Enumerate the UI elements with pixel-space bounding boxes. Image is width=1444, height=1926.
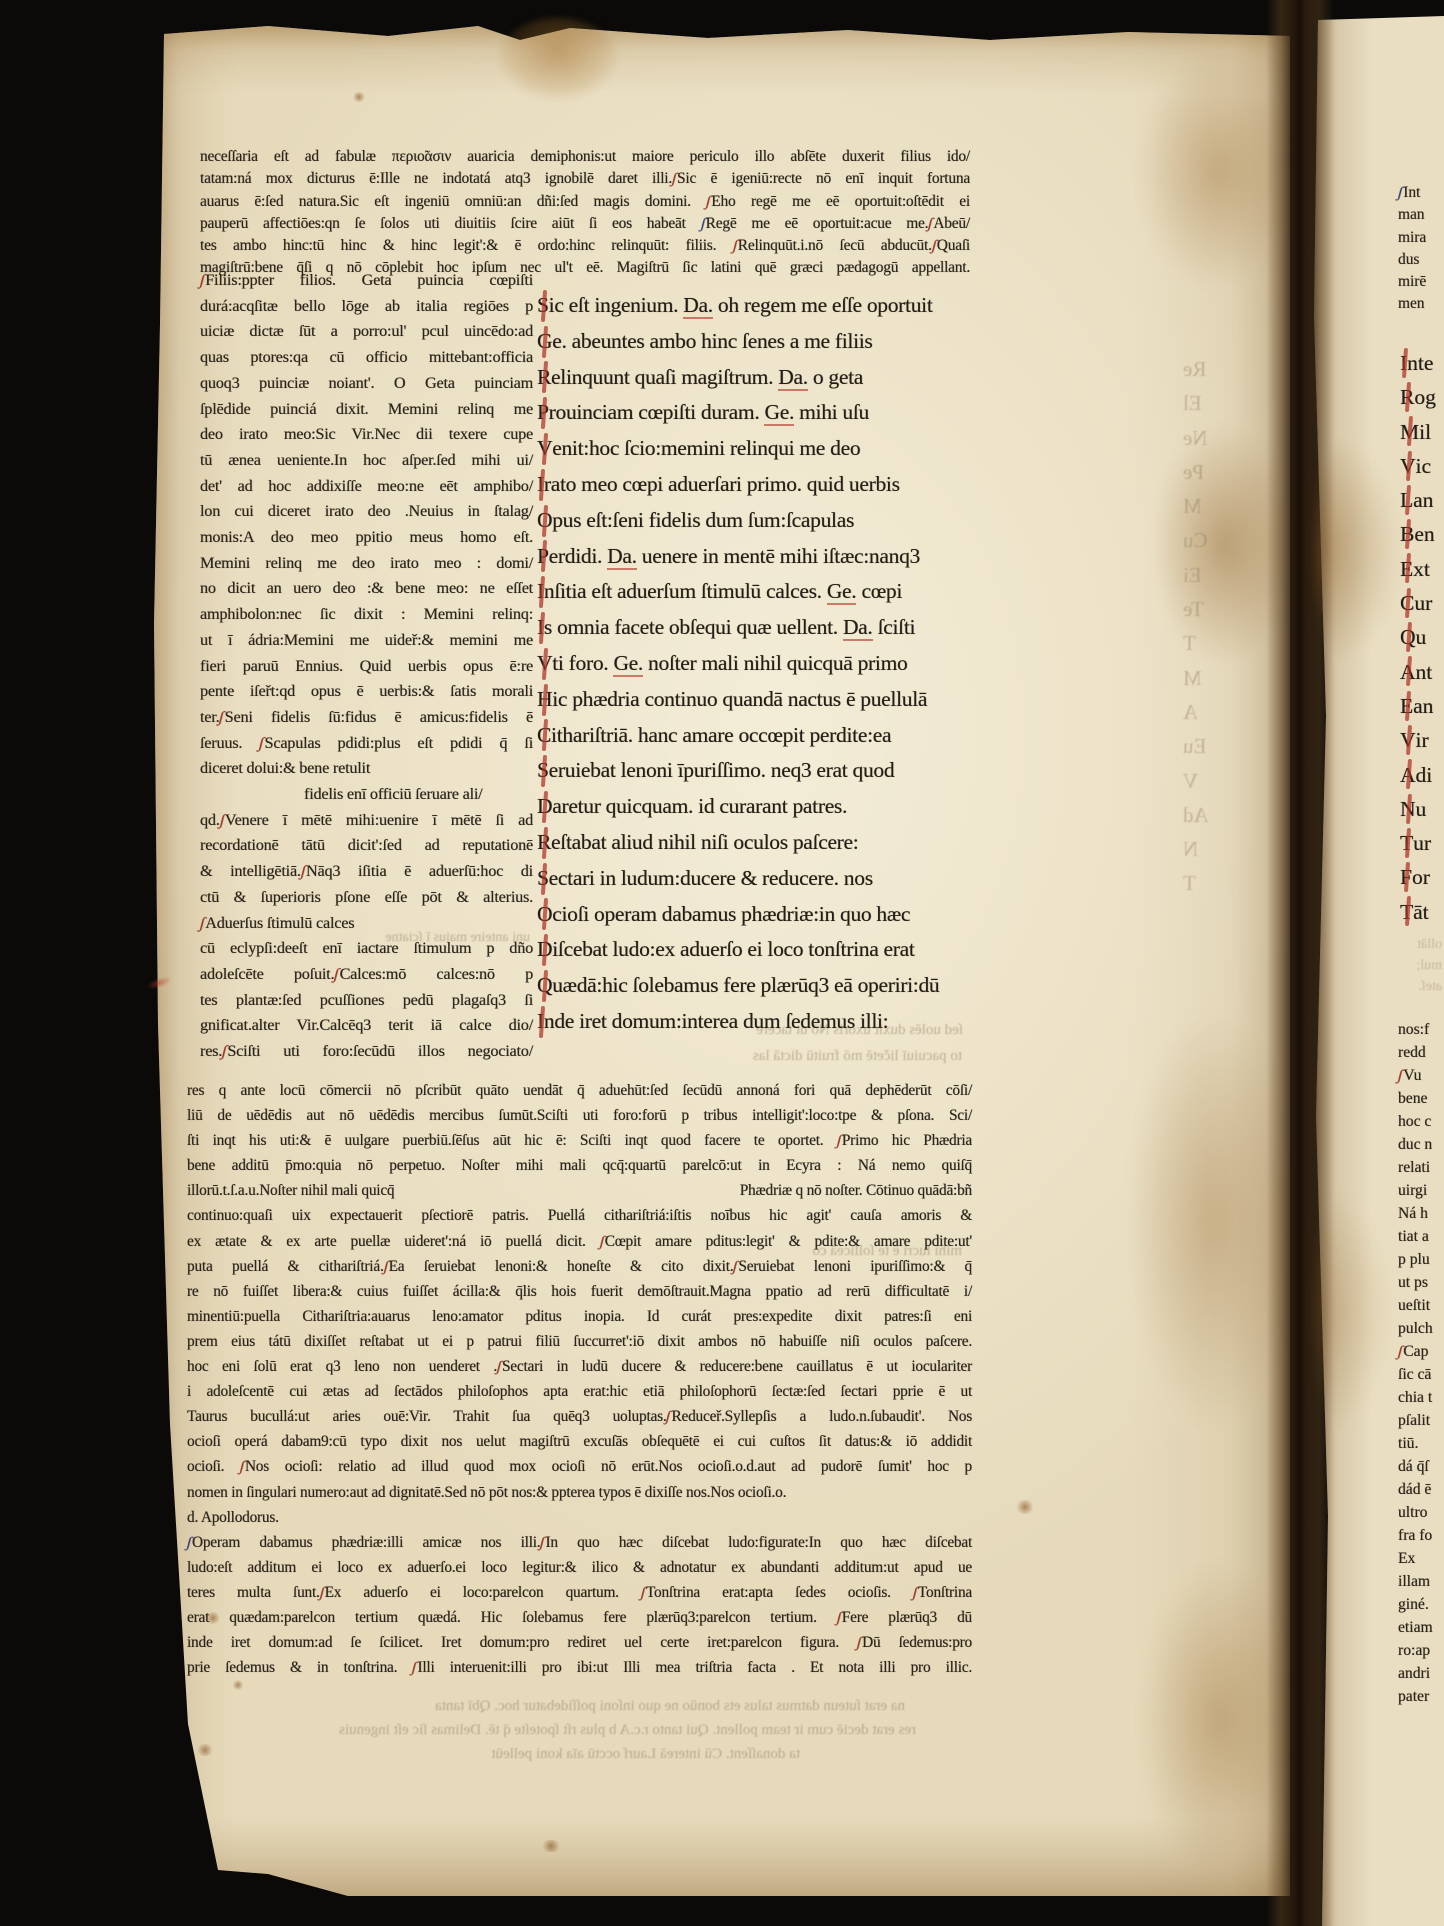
text-line: nomen in ſingulari numero:aut ad dignita… (187, 1480, 972, 1505)
text-line: tes ambo hinc:tū hinc & hinc legit':& ē … (200, 235, 970, 257)
text-line: mirē (1398, 271, 1444, 293)
bleed-line: Re (1183, 352, 1275, 386)
text-line: ex ætate & ex arte puellæ uideret':ná iō… (187, 1229, 972, 1254)
verse-text: elinquunt quaſi magiſtrum. Da. o geta (551, 365, 863, 391)
rubricated-initial: A (1400, 758, 1416, 792)
text-line: ∫Filiis:ppter filios. Geta puincia cœpiſ… (200, 268, 533, 294)
verse-text: or (1412, 865, 1430, 889)
speaker-tag: Da. (683, 293, 713, 319)
verse-line: Vti foro. Ge. noſter mali nihil quicquā … (537, 646, 967, 682)
text-line: hoc c (1398, 1110, 1444, 1133)
text-line: minentiū:puella Cithariſtria:auarus leno… (187, 1304, 972, 1329)
verse-text: e. abeuntes ambo hinc ſenes a me filiis (552, 329, 872, 353)
text-line: uiciæ dictæ ſūt a porro:ul' pcul uincēdo… (200, 319, 533, 345)
rubricated-initial: O (537, 897, 552, 933)
verse-line: Tur (1400, 826, 1444, 860)
text-line: ſeruus. ∫Scapulas pdidi:plus eſt pdidi q… (200, 731, 533, 757)
right-page-commentary-fragments: nos:fredd∫Vubenehoc cduc nrelatiuirgiNá … (1398, 1018, 1444, 1708)
verse-text: ic (1416, 454, 1432, 478)
text-line: adoleſcēte poſuit.∫Calces:mō calces:nō p (200, 962, 533, 988)
text-line: pſalit (1398, 1409, 1444, 1432)
rubricated-initial: R (1400, 380, 1414, 414)
text-line: uirgi (1398, 1179, 1444, 1202)
verse-text: nte (1407, 351, 1433, 375)
red-paraph-mark: ∫ (910, 1580, 920, 1605)
verse-line: Lan (1400, 483, 1444, 517)
rubricated-initial: R (537, 360, 551, 396)
red-paraph-mark: ∫ (331, 962, 341, 988)
text-line: quoq3 puinciæ noiant'. O Geta puinciam (200, 371, 533, 397)
text-line: illam (1398, 1570, 1444, 1593)
rubricated-initial: M (1400, 415, 1419, 449)
bleed-line: El (1183, 386, 1275, 420)
red-paraph-mark: ∫ (834, 1605, 844, 1630)
text-line: & intelligētiā.∫Nāq3 iſitia ē aduerſū:ho… (200, 859, 533, 885)
text-line: neceſſaria eſt ad fabulæ περιο̃ασιν auar… (200, 146, 970, 168)
rubricated-initial: G (537, 324, 552, 360)
verse-text: erdidi. Da. uenere in mentē mihi iſtæc:n… (549, 544, 920, 570)
verse-line: Tāt (1400, 895, 1444, 929)
red-paraph-mark: ∫ (834, 1128, 844, 1153)
rubricated-initial: V (1400, 723, 1416, 757)
bleed-line: A (1183, 695, 1275, 729)
text-line: lon cui diceret irato deo .Neuius in ſta… (200, 499, 533, 525)
top-commentary-block: neceſſaria eſt ad fabulæ περιο̃ασιν auar… (200, 146, 970, 280)
text-line: pulch (1398, 1317, 1444, 1340)
text-line: tatam:ná mox dicturus ē:Ille ne indotatá… (200, 168, 970, 190)
text-line: continuo:quaſi uix expectauerit pſectior… (187, 1203, 972, 1228)
rubricated-initial: D (537, 932, 552, 968)
bleed-line: T (1183, 866, 1275, 900)
red-paraph-mark: ∫ (217, 808, 227, 834)
bleed-line: Ei (1183, 558, 1275, 592)
verse-text: nt (1416, 660, 1433, 684)
text-line: pente iſeřt:qd opus ē uerbis:& ſatis mor… (200, 679, 533, 705)
red-paraph-mark: ∫ (669, 168, 678, 191)
text-line: ocioſi operá dabam9:cū typo dixit nos ue… (187, 1429, 972, 1454)
foxing-spot (196, 1744, 214, 1756)
speaker-tag: Ge. (827, 579, 857, 605)
text-line: Ex (1398, 1547, 1444, 1570)
text-line: gnificat.alter Vir.Calcēq3 terit iā calc… (200, 1013, 533, 1039)
verse-line: Prouinciam cœpiſti duram. Ge. mihi uſu (537, 395, 967, 431)
text-line: ut ps (1398, 1271, 1444, 1294)
verse-line: Sectari in ludum:ducere & reducere. nos (537, 861, 967, 897)
text-line: Taurus bucullá:ut aries ouē:Vir. Trahit … (187, 1404, 972, 1429)
foxing-spot (1015, 1500, 1035, 1514)
verse-line: Rog (1400, 380, 1444, 414)
verse-line: Adi (1400, 758, 1444, 792)
bleed-line: mul; (1396, 955, 1442, 976)
text-line: ut ī ádria:Memini me uideř:& memini me (200, 628, 533, 654)
red-paraph-mark: ∫ (381, 1254, 391, 1279)
rubricated-initial: V (1400, 449, 1416, 483)
verse-line: Ean (1400, 689, 1444, 723)
rubricated-initial: O (537, 503, 552, 539)
verse-text: enit:hoc ſcio:memini relinqui me deo (552, 436, 860, 460)
rubricated-initial: R (537, 825, 551, 861)
verse-line: Inſitia eſt aduerſum ſtimulū calces. Ge.… (537, 574, 967, 610)
text-line: no dicit an uero deo :& bene meo: ne eſſ… (200, 576, 533, 602)
speaker-tag: Da. (843, 615, 873, 641)
text-line: tiat a (1398, 1225, 1444, 1248)
text-line: etiam (1398, 1616, 1444, 1639)
binding-gutter (1266, 0, 1334, 1926)
verse-line: Irato meo cœpi aduerſari primo. quid uer… (537, 467, 967, 503)
rubricated-initial: I (537, 610, 544, 646)
text-line: prem eius tátū dixiſſet reſtabat ut ei p… (187, 1329, 972, 1354)
rubricated-initial: E (1400, 689, 1413, 723)
bleed-line: Ad (1183, 798, 1275, 832)
verse-line: Nu (1400, 792, 1444, 826)
text-line: bene additū p̄mo:quia nō perpetuo. Noſte… (187, 1153, 972, 1178)
verse-line: Inte (1400, 346, 1444, 380)
text-line: monis:A deo meo ppitio meus homo eſt. (200, 525, 533, 551)
play-text-column: Sic eſt ingenium. Da. oh regem me eſſe o… (537, 288, 967, 1040)
rubricated-initial: D (537, 789, 552, 825)
text-line: deo irato meo:Sic Vir.Nec dii texere cup… (200, 422, 533, 448)
verse-text: s omnia facete obſequi quæ uellent. Da. … (544, 615, 915, 641)
rubricated-initial: Q (537, 968, 552, 1004)
bleed-line: Ne (1183, 421, 1275, 455)
text-line: pater (1398, 1685, 1444, 1708)
verse-text: il (1419, 420, 1431, 444)
speaker-tag: Ge. (613, 651, 643, 677)
verse-text: en (1414, 522, 1434, 546)
verse-line: Opus eſt:ſeni fidelis dum ſum:ſcapulas (537, 503, 967, 539)
verse-text: an (1413, 694, 1433, 718)
red-paraph-mark: ∫ (664, 1404, 674, 1429)
text-line: liū de uēdēdis aut nō uēdēdis mercibus ſ… (187, 1103, 972, 1128)
verse-line: Qu (1400, 620, 1444, 654)
text-line: det' ad hoc addixiſſe meo:ne eēt amphibo… (200, 474, 533, 500)
text-line: durá:acqſitæ bello lōge ab italia regiōe… (200, 294, 533, 320)
verse-line: Seruiebat lenoni īpuriſſimo. neq3 erat q… (537, 753, 967, 789)
bleed-through-text: na erat ſuteun datmus talus ets bonūo ne… (205, 1698, 905, 1715)
verse-line: Sic eſt ingenium. Da. oh regem me eſſe o… (537, 288, 967, 324)
bleed-line: Pe (1183, 455, 1275, 489)
red-paraph-mark: ∫ (929, 235, 938, 258)
text-line: prie ſedemus & in tonſtrina. ∫Illi inter… (187, 1655, 972, 1680)
bleed-line: Cu (1183, 523, 1275, 557)
text-line: andri (1398, 1662, 1444, 1685)
text-line: res q ante locū cōmercii nō pſcribūt quā… (187, 1078, 972, 1103)
rubricated-initial: C (1400, 586, 1414, 620)
text-line: qd.∫Venere ī mētē mihi:uenire ī mētē ſi … (200, 808, 533, 834)
text-line: ∫Int (1398, 182, 1444, 204)
red-paraph-mark: ∫ (730, 1254, 740, 1279)
verse-line: Ben (1400, 517, 1444, 551)
bleed-through-text: res erat deciē cum ir team pollent. Qui … (196, 1722, 916, 1739)
red-paraph-mark: ∫ (730, 235, 739, 258)
speaker-tag: Ge. (764, 400, 794, 426)
rubricated-initial: L (1400, 483, 1413, 517)
verse-text: eruiebat lenoni īpuriſſimo. neq3 erat qu… (549, 758, 895, 782)
red-paraph-mark: ∫ (219, 1039, 229, 1065)
text-line: Ná h (1398, 1202, 1444, 1225)
verse-text: uædā:hic ſolebamus fere plærūq3 eā operi… (552, 973, 939, 997)
text-line: inde iret domum:ad ſe ſcilicet. Iret dom… (187, 1630, 972, 1655)
bleed-line: M (1183, 489, 1275, 523)
text-line: re nō fuiſſet libera:& cuius fuiſſet áci… (187, 1279, 972, 1304)
text-line: dá q̄ſ (1398, 1455, 1444, 1478)
text-line: p plu (1398, 1248, 1444, 1271)
text-line: ocioſi. ∫Nos ocioſi: relatio ad illud qu… (187, 1454, 972, 1479)
text-line: ſic cā (1398, 1363, 1444, 1386)
verse-text: u (1416, 797, 1427, 821)
text-line: teres multa ſunt.∫Ex aduerſo ei loco:par… (187, 1580, 972, 1605)
text-line: redd (1398, 1041, 1444, 1064)
verse-line: Quædā:hic ſolebamus fere plærūq3 eā oper… (537, 968, 967, 1004)
red-paraph-mark: ∫ (537, 1530, 547, 1555)
verse-text: eſtabat aliud nihil niſi oculos paſcere: (551, 830, 858, 854)
rubricated-initial: T (1400, 826, 1413, 860)
verse-line: Cur (1400, 586, 1444, 620)
red-paraph-mark: ∫ (298, 859, 308, 885)
rubricated-initial: S (537, 753, 549, 789)
bleed-line: Eu (1183, 729, 1275, 763)
text-line: recordationē tātū dicit':ſed ad reputati… (200, 833, 533, 859)
red-paraph-mark: ∫ (216, 705, 226, 731)
verse-text: ur (1414, 591, 1432, 615)
text-line: ctū & ſuperioris pſone eſſe pōt & alteri… (200, 885, 533, 911)
text-line: dus (1398, 249, 1444, 271)
text-line: giné. (1398, 1593, 1444, 1616)
verse-text: ithariſtriā. hanc amare occœpit perdite:… (551, 723, 891, 747)
text-line: man (1398, 204, 1444, 226)
text-line: quas ptores:qa cū officio mittebant:offi… (200, 345, 533, 371)
text-line: men (1398, 293, 1444, 315)
text-line: res.∫Sciſti uti foro:ſecūdū illos negoci… (200, 1039, 533, 1065)
rubricated-initial: F (1400, 860, 1412, 894)
verse-line: Cithariſtriā. hanc amare occœpit perdite… (537, 718, 967, 754)
bleed-through-text: to pacuiuī ličetē mō fruitū dictā las (640, 1048, 962, 1065)
text-line: ludo:eſt additum ei loco ex aduerſo.ei l… (187, 1555, 972, 1580)
bottom-commentary-block: res q ante locū cōmercii nō pſcribūt quā… (187, 1078, 972, 1680)
text-line: ∫Cap (1398, 1340, 1444, 1363)
verse-text: iſcebat ludo:ex aduerſo ei loco tonſtrin… (552, 937, 914, 961)
bleed-line: M (1183, 661, 1275, 695)
red-paraph-mark: ∫ (926, 213, 935, 236)
text-line: ro:ap (1398, 1639, 1444, 1662)
text-line: tes plantæ:ſed pcuſſiones pedū plagaſq3 … (200, 988, 533, 1014)
verse-line: Hic phædria continuo quandā nactus ē pue… (537, 682, 967, 718)
text-line: diceret dolui:& bene retulit (200, 756, 533, 782)
verse-text: rouinciam cœpiſti duram. Ge. mihi uſu (549, 400, 869, 426)
bleed-through-text: ollātmul;ateſ. (1396, 934, 1442, 997)
text-line: bene (1398, 1087, 1444, 1110)
verse-text: og (1414, 385, 1436, 409)
foxing-spot (232, 1680, 244, 1690)
foxing-spot (352, 92, 366, 102)
verse-line: Reſtabat aliud nihil niſi oculos paſcere… (537, 825, 967, 861)
text-line: duc n (1398, 1133, 1444, 1156)
verse-line: Inde iret domum:interea dum ſedemus illi… (537, 1004, 967, 1040)
rubricated-initial: V (537, 646, 552, 682)
text-line: ſplēdide puinciá dixit. Memini relinq me (200, 397, 533, 423)
verse-text: rato meo cœpi aduerſari primo. quid uerb… (544, 472, 900, 496)
text-line: ∫Aduerſus ſtimulū calces (200, 911, 533, 937)
verse-text: xt (1413, 557, 1430, 581)
speaker-tag: Da. (778, 365, 808, 391)
rubricated-initial: I (1400, 346, 1407, 380)
verse-line: Vic (1400, 449, 1444, 483)
rubricated-initial: P (537, 395, 549, 431)
verse-line: Ocioſi operam dabamus phædriæ:in quo hæc (537, 897, 967, 933)
red-paraph-mark: ∫ (597, 1228, 607, 1253)
text-line: cū eclypſi:deeſt enī iactare ſtimulum p … (200, 936, 533, 962)
red-paraph-mark: ∫ (256, 731, 266, 757)
red-paraph-mark: ∫ (638, 1580, 648, 1605)
rubricated-initial: P (537, 539, 549, 575)
verse-line: Ant (1400, 655, 1444, 689)
rubricated-initial: I (537, 1004, 544, 1040)
bleed-line: ateſ. (1396, 976, 1442, 997)
verse-text: an (1413, 488, 1433, 512)
red-paraph-mark: ∫ (494, 1354, 504, 1379)
rubricated-initial: N (1400, 792, 1416, 826)
text-line: illorū.t.ſ.a.u.Noſter nihil mali quicq̄P… (187, 1178, 972, 1203)
text-line: nos:f (1398, 1018, 1444, 1041)
text-line: ter.∫Seni fidelis ſū:fidus ē amicus:fide… (200, 705, 533, 731)
text-line: i adoleſcentē cui ætas ad ſectādos philo… (187, 1379, 972, 1404)
verse-text: ectari in ludum:ducere & reducere. nos (549, 866, 873, 890)
verse-text: u (1416, 625, 1427, 649)
text-line: d. Apollodorus. (187, 1505, 972, 1530)
verse-text: ur (1413, 831, 1431, 855)
text-line: ∫Vu (1398, 1064, 1444, 1087)
bleed-line: Te (1183, 592, 1275, 626)
text-line: pauperū affectiōes:qn ſe ſolos uti diuit… (200, 213, 970, 235)
foxing-spot (540, 1840, 562, 1852)
blue-paraph-mark: ∫ (1395, 182, 1404, 205)
rubricated-initial: C (537, 718, 551, 754)
verse-line: Diſcebat ludo:ex aduerſo ei loco tonſtri… (537, 932, 967, 968)
text-line: dád ē (1398, 1478, 1444, 1501)
verse-text: ti foro. Ge. noſter mali nihil quicquā p… (552, 651, 907, 677)
text-line: ueſtit (1398, 1294, 1444, 1317)
verse-text: nſitia eſt aduerſum ſtimulū calces. Ge. … (544, 579, 902, 605)
text-line: ∫Operam dabamus phædriæ:illi amicæ nos i… (187, 1530, 972, 1555)
verse-text: ic eſt ingenium. Da. oh regem me eſſe op… (549, 293, 933, 319)
blue-paraph-mark: ∫ (698, 213, 707, 236)
red-paraph-mark: ∫ (1395, 1340, 1405, 1363)
text-line: fieri paruū Ennius. Quid uerbis opus ē:r… (200, 654, 533, 680)
rubricated-initial: T (1400, 895, 1413, 929)
text-line: amphibolon:nec ſic dixit : Memini relinq… (200, 602, 533, 628)
verse-text: aretur quicquam. id curarant patres. (552, 794, 847, 818)
text-line: fra fo (1398, 1524, 1444, 1547)
verse-line: Vir (1400, 723, 1444, 757)
text-line: ultro (1398, 1501, 1444, 1524)
text-line: tū ænea ueniente.In hoc aſper.ſed mihi u… (200, 448, 533, 474)
verse-line: Is omnia facete obſequi quæ uellent. Da.… (537, 610, 967, 646)
verse-line: Daretur quicquam. id curarant patres. (537, 789, 967, 825)
verse-line: Ext (1400, 552, 1444, 586)
text-line: auarus ē:ſed natura.Sic eſt ingeniū omni… (200, 191, 970, 213)
bleed-line: V (1183, 764, 1275, 798)
text-line: puta puellá & cithariſtriá.∫Ea ſeruiebat… (187, 1254, 972, 1279)
verse-line: For (1400, 860, 1444, 894)
rubricated-initial: H (537, 682, 552, 718)
verse-line: Perdidi. Da. uenere in mentē mihi iſtæc:… (537, 539, 967, 575)
speaker-tag: Da. (607, 544, 637, 570)
rubricated-initial: E (1400, 552, 1413, 586)
verse-line: Ge. abeuntes ambo hinc ſenes a me filiis (537, 324, 967, 360)
verse-text: ic phædria continuo quandā nactus ē puel… (552, 687, 927, 711)
verse-line: Venit:hoc ſcio:memini relinqui me deo (537, 431, 967, 467)
verse-text: āt (1413, 900, 1429, 924)
text-line: ſti inqt his uti:& ē uulgare puerbiū.ſēſ… (187, 1128, 972, 1153)
rubricated-initial: S (537, 861, 549, 897)
bleed-line: N (1183, 832, 1275, 866)
bleed-through-text: ReElNePeMCuEiTeTMAEuVAdNT (1183, 352, 1275, 901)
rubricated-initial: B (1400, 517, 1414, 551)
bleed-through-text: ta donaſſent. Cū intereā Laurſ occtū aīa… (240, 1746, 800, 1763)
text-line: Memini relinq me deo irato meo : domi/ (200, 551, 533, 577)
text-line: relati (1398, 1156, 1444, 1179)
verse-text: ir (1416, 728, 1429, 752)
text-line: chia t (1398, 1386, 1444, 1409)
verse-text: nde iret domum:interea dum ſedemus illi: (544, 1009, 888, 1033)
verse-text: di (1416, 763, 1433, 787)
rubricated-initial: S (537, 288, 549, 324)
red-paraph-mark: ∫ (317, 1580, 327, 1605)
bleed-line: T (1183, 626, 1275, 660)
text-line: tiū. (1398, 1432, 1444, 1455)
red-paraph-mark: ∫ (854, 1630, 864, 1655)
verse-line: Mil (1400, 415, 1444, 449)
red-paraph-mark: ∫ (237, 1454, 247, 1479)
right-page-verse-fragments: InteRogMilVicLanBenExtCurQuAntEanVirAdiN… (1400, 346, 1444, 929)
rubricated-initial: Q (1400, 620, 1416, 654)
red-paraph-mark: ∫ (1395, 1064, 1405, 1087)
text-line: fidelis enī officiū ſeruare ali/ (200, 782, 533, 808)
left-commentary-column: ∫Filiis:ppter filios. Geta puincia cœpiſ… (200, 268, 533, 1065)
red-paraph-mark: ∫ (409, 1655, 419, 1680)
verse-text: cioſi operam dabamus phædriæ:in quo hæc (552, 902, 910, 926)
book-photograph: ReElNePeMCuEiTeTMAEuVAdNT ſed uolēs duxi… (0, 0, 1444, 1926)
text-line: erat quædam:parelcon tertium quædá. Hic … (187, 1605, 972, 1630)
rubricated-initial: I (537, 467, 544, 503)
rubricated-initial: V (537, 431, 552, 467)
rubricated-initial: I (537, 574, 544, 610)
text-line: mira (1398, 227, 1444, 249)
bleed-line: ollāt (1396, 934, 1442, 955)
verse-line: Relinquunt quaſi magiſtrum. Da. o geta (537, 360, 967, 396)
red-paraph-mark: ∫ (704, 190, 713, 213)
rubricated-initial: A (1400, 655, 1416, 689)
right-page-commentary-fragments: ∫Intmanmiradusmirēmen (1398, 182, 1444, 316)
text-line: hoc eni ſolū erat q3 leno non uenderet .… (187, 1354, 972, 1379)
verse-text: pus eſt:ſeni fidelis dum ſum:ſcapulas (552, 508, 854, 532)
